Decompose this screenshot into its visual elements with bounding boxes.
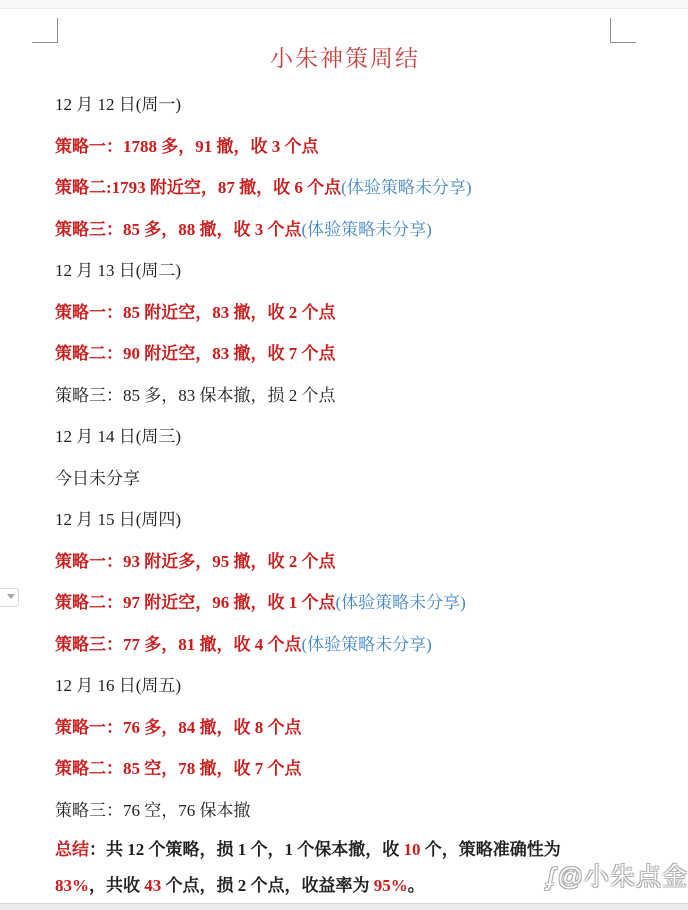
watermark: ʄ@小朱点金	[547, 857, 688, 893]
strategy-line: 策略三：85 多，88 撤，收 3 个点(体验策略未分享)	[55, 207, 635, 249]
line-note: (体验策略未分享)	[302, 630, 432, 655]
text-boundary-corner-left	[32, 18, 58, 43]
summary-segment: 83%	[55, 876, 89, 895]
bottom-window-strip	[0, 903, 688, 910]
text-boundary-corner-right	[610, 18, 636, 43]
date-line: 12 月 15 日(周四)	[55, 497, 635, 539]
line-text: 策略一：1788 多，91 撤，收 3 个点	[55, 132, 319, 157]
summary-segment: 总结	[55, 840, 89, 859]
strategy-line: 策略一：76 多，84 撤，收 8 个点	[55, 705, 635, 747]
line-text: 策略三：77 多，81 撤，收 4 个点	[55, 630, 302, 655]
line-text: 策略三：76 空，76 保本撤	[55, 796, 251, 821]
date-line: 12 月 12 日(周一)	[55, 82, 635, 124]
line-text: 今日未分享	[55, 464, 140, 489]
line-text: 策略一：93 附近多，95 撤，收 2 个点	[55, 547, 336, 572]
strategy-line: 今日未分享	[55, 456, 635, 498]
summary-segment: 个，策略准确性为	[421, 840, 561, 859]
line-text: 策略三：85 多，83 保本撤，损 2 个点	[55, 381, 336, 406]
document-page: 小朱神策周结 12 月 12 日(周一)策略一：1788 多，91 撤，收 3 …	[55, 42, 635, 904]
line-note: (体验策略未分享)	[302, 215, 432, 240]
strategy-line: 策略二:1793 附近空，87 撤，收 6 个点(体验策略未分享)	[55, 165, 635, 207]
page-title: 小朱神策周结	[55, 42, 635, 76]
date-line: 12 月 16 日(周五)	[55, 663, 635, 705]
watermark-text: @小朱点金	[558, 863, 688, 891]
summary-segment: 95%	[374, 876, 408, 895]
summary-segment: 43	[144, 876, 161, 895]
line-text: 策略二：85 空，78 撤，收 7 个点	[55, 754, 302, 779]
summary-segment: 个点，损 2 个点，收益率为	[161, 876, 374, 895]
line-text: 策略一：76 多，84 撤，收 8 个点	[55, 713, 302, 738]
line-text: 12 月 12 日(周一)	[55, 90, 181, 115]
brand-logo-icon: ʄ	[547, 863, 556, 891]
strategy-line: 策略二：97 附近空，96 撤，收 1 个点(体验策略未分享)	[55, 580, 635, 622]
date-line: 12 月 14 日(周三)	[55, 414, 635, 456]
strategy-line: 策略一：1788 多，91 撤，收 3 个点	[55, 124, 635, 166]
line-text: 12 月 16 日(周五)	[55, 671, 181, 696]
summary-segment: ，共收	[89, 876, 144, 895]
summary-segment: ：共 12 个策略，损 1 个，1 个保本撤，收	[89, 840, 404, 859]
collapsed-dropdown-widget[interactable]	[0, 588, 19, 607]
line-text: 策略二：97 附近空，96 撤，收 1 个点	[55, 588, 336, 613]
strategy-line: 策略一：85 附近空，83 撤，收 2 个点	[55, 290, 635, 332]
line-text: 策略三：85 多，88 撤，收 3 个点	[55, 215, 302, 240]
top-window-strip	[0, 0, 688, 9]
line-note: (体验策略未分享)	[341, 173, 471, 198]
chevron-down-icon	[7, 594, 15, 599]
summary-segment: 。	[408, 876, 425, 895]
document-body: 12 月 12 日(周一)策略一：1788 多，91 撤，收 3 个点策略二:1…	[55, 82, 635, 829]
date-line: 12 月 13 日(周二)	[55, 248, 635, 290]
strategy-line: 策略三：85 多，83 保本撤，损 2 个点	[55, 373, 635, 415]
strategy-line: 策略二：85 空，78 撤，收 7 个点	[55, 746, 635, 788]
line-text: 12 月 13 日(周二)	[55, 256, 181, 281]
line-text: 12 月 15 日(周四)	[55, 505, 181, 530]
strategy-line: 策略三：76 空，76 保本撤	[55, 788, 635, 830]
strategy-line: 策略三：77 多，81 撤，收 4 个点(体验策略未分享)	[55, 622, 635, 664]
summary-segment: 10	[404, 840, 421, 859]
line-text: 策略二:1793 附近空，87 撤，收 6 个点	[55, 173, 341, 198]
strategy-line: 策略一：93 附近多，95 撤，收 2 个点	[55, 539, 635, 581]
strategy-line: 策略二：90 附近空，83 撤，收 7 个点	[55, 331, 635, 373]
line-text: 12 月 14 日(周三)	[55, 422, 181, 447]
line-text: 策略二：90 附近空，83 撤，收 7 个点	[55, 339, 336, 364]
line-text: 策略一：85 附近空，83 撤，收 2 个点	[55, 298, 336, 323]
line-note: (体验策略未分享)	[336, 588, 466, 613]
